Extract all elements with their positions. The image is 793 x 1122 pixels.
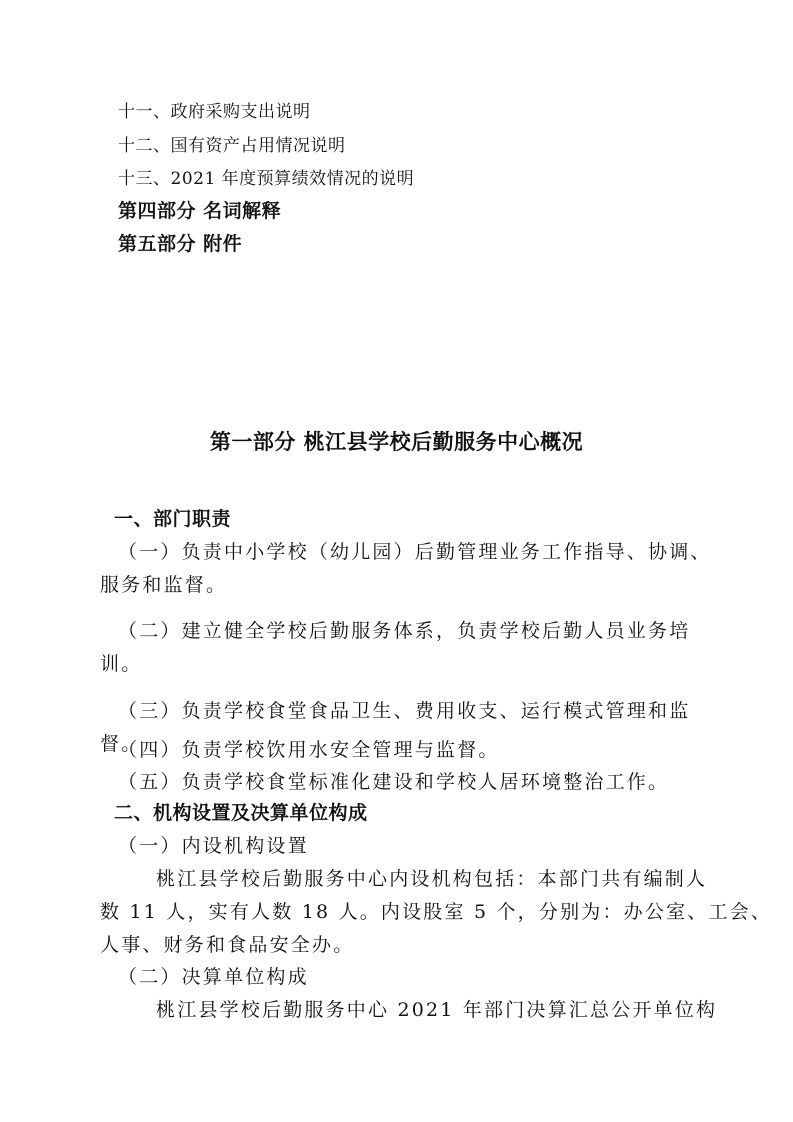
duty-line: （四）负责学校饮用水安全管理与监督。 (118, 738, 500, 762)
structure-sub1: （一）内设机构设置 (118, 834, 309, 858)
toc-item-13: 十三、2021 年度预算绩效情况的说明 (118, 167, 414, 191)
duty-line: （二）建立健全学校后勤服务体系，负责学校后勤人员业务培 (118, 619, 690, 643)
toc-item-12: 十二、国有资产占用情况说明 (118, 134, 346, 158)
structure-heading: 二、机构设置及决算单位构成 (114, 801, 368, 825)
structure-text: 数 11 人，实有人数 18 人。内设股室 5 个，分别为：办公室、工会、 (100, 900, 772, 924)
structure-text: 桃江县学校后勤服务中心内设机构包括：本部门共有编制人 (156, 867, 707, 891)
structure-sub2: （二）决算单位构成 (118, 965, 309, 989)
duty-line: （一）负责中小学校（幼儿园）后勤管理业务工作指导、协调、 (118, 540, 712, 564)
document-page: 十一、政府采购支出说明 十二、国有资产占用情况说明 十三、2021 年度预算绩效… (0, 0, 793, 1122)
duty-line: （五）负责学校食堂标准化建设和学校人居环境整治工作。 (118, 770, 669, 794)
structure-text: 人事、财务和食品安全办。 (100, 933, 354, 957)
duty-line: 训。 (100, 652, 142, 676)
duties-heading: 一、部门职责 (114, 507, 231, 531)
duty-line: 服务和监督。 (100, 573, 227, 597)
duty-line: （三）负责学校食堂食品卫生、费用收支、运行模式管理和监 (118, 699, 690, 723)
structure-text: 桃江县学校后勤服务中心 2021 年部门决算汇总公开单位构 (156, 998, 717, 1022)
toc-part-4: 第四部分 名词解释 (118, 199, 281, 223)
toc-part-5: 第五部分 附件 (118, 232, 242, 256)
toc-item-11: 十一、政府采购支出说明 (118, 100, 311, 124)
section-title: 第一部分 桃江县学校后勤服务中心概况 (0, 430, 793, 454)
